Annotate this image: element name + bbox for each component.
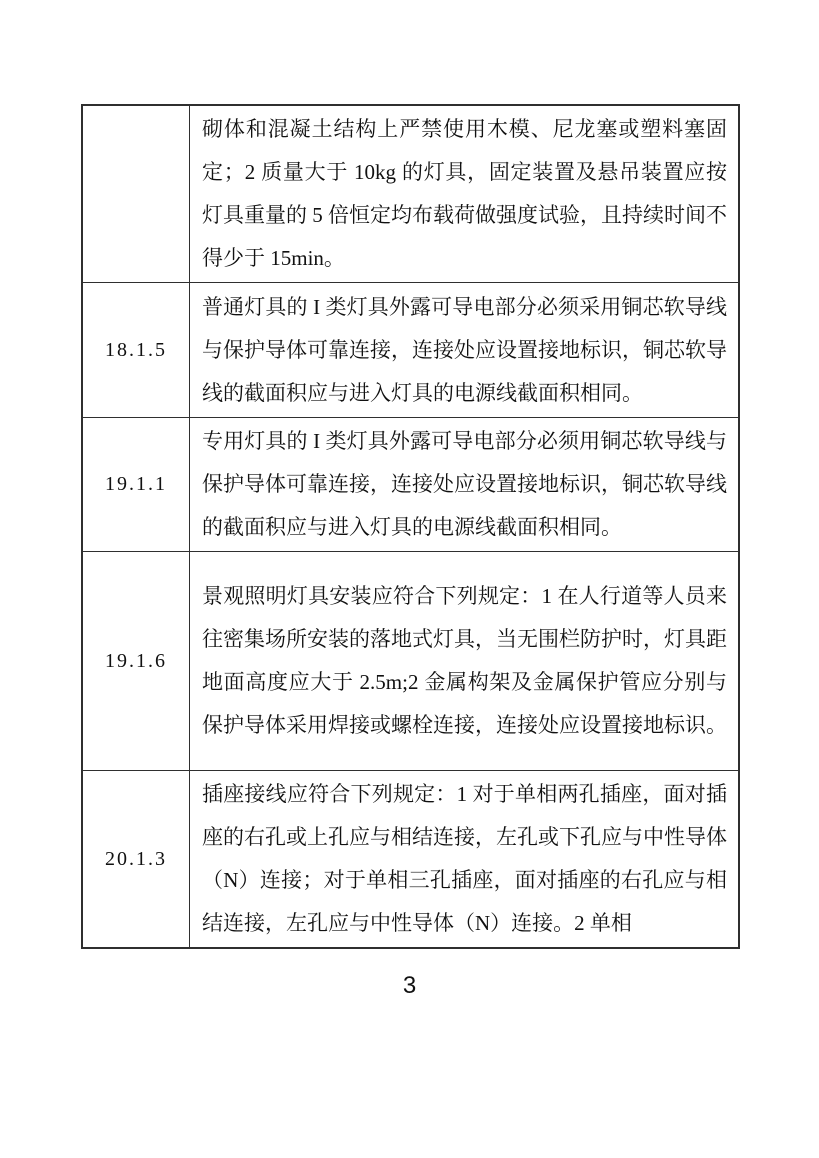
table-row: 19.1.6 景观照明灯具安装应符合下列规定：1 在人行道等人员来往密集场所安装… [82,552,739,771]
document-page: 砌体和混凝土结构上严禁使用木模、尼龙塞或塑料塞固定；2 质量大于 10kg 的灯… [0,0,819,1158]
clause-cell: 19.1.6 [82,552,190,771]
page-number: 3 [0,972,819,1000]
clause-cell: 18.1.5 [82,283,190,418]
clause-cell [82,105,190,283]
regulation-table: 砌体和混凝土结构上严禁使用木模、尼龙塞或塑料塞固定；2 质量大于 10kg 的灯… [81,104,740,949]
table-row: 20.1.3 插座接线应符合下列规定：1 对于单相两孔插座，面对插座的右孔或上孔… [82,771,739,949]
regulation-text-cell: 砌体和混凝土结构上严禁使用木模、尼龙塞或塑料塞固定；2 质量大于 10kg 的灯… [190,105,740,283]
clause-cell: 20.1.3 [82,771,190,949]
regulation-text-cell: 插座接线应符合下列规定：1 对于单相两孔插座，面对插座的右孔或上孔应与相结连接，… [190,771,740,949]
regulation-text-cell: 专用灯具的 I 类灯具外露可导电部分必须用铜芯软导线与保护导体可靠连接，连接处应… [190,418,740,552]
table-row: 砌体和混凝土结构上严禁使用木模、尼龙塞或塑料塞固定；2 质量大于 10kg 的灯… [82,105,739,283]
regulation-text-cell: 景观照明灯具安装应符合下列规定：1 在人行道等人员来往密集场所安装的落地式灯具，… [190,552,740,771]
regulation-text-cell: 普通灯具的 I 类灯具外露可导电部分必须采用铜芯软导线与保护导体可靠连接，连接处… [190,283,740,418]
clause-cell: 19.1.1 [82,418,190,552]
table-row: 18.1.5 普通灯具的 I 类灯具外露可导电部分必须采用铜芯软导线与保护导体可… [82,283,739,418]
table-row: 19.1.1 专用灯具的 I 类灯具外露可导电部分必须用铜芯软导线与保护导体可靠… [82,418,739,552]
